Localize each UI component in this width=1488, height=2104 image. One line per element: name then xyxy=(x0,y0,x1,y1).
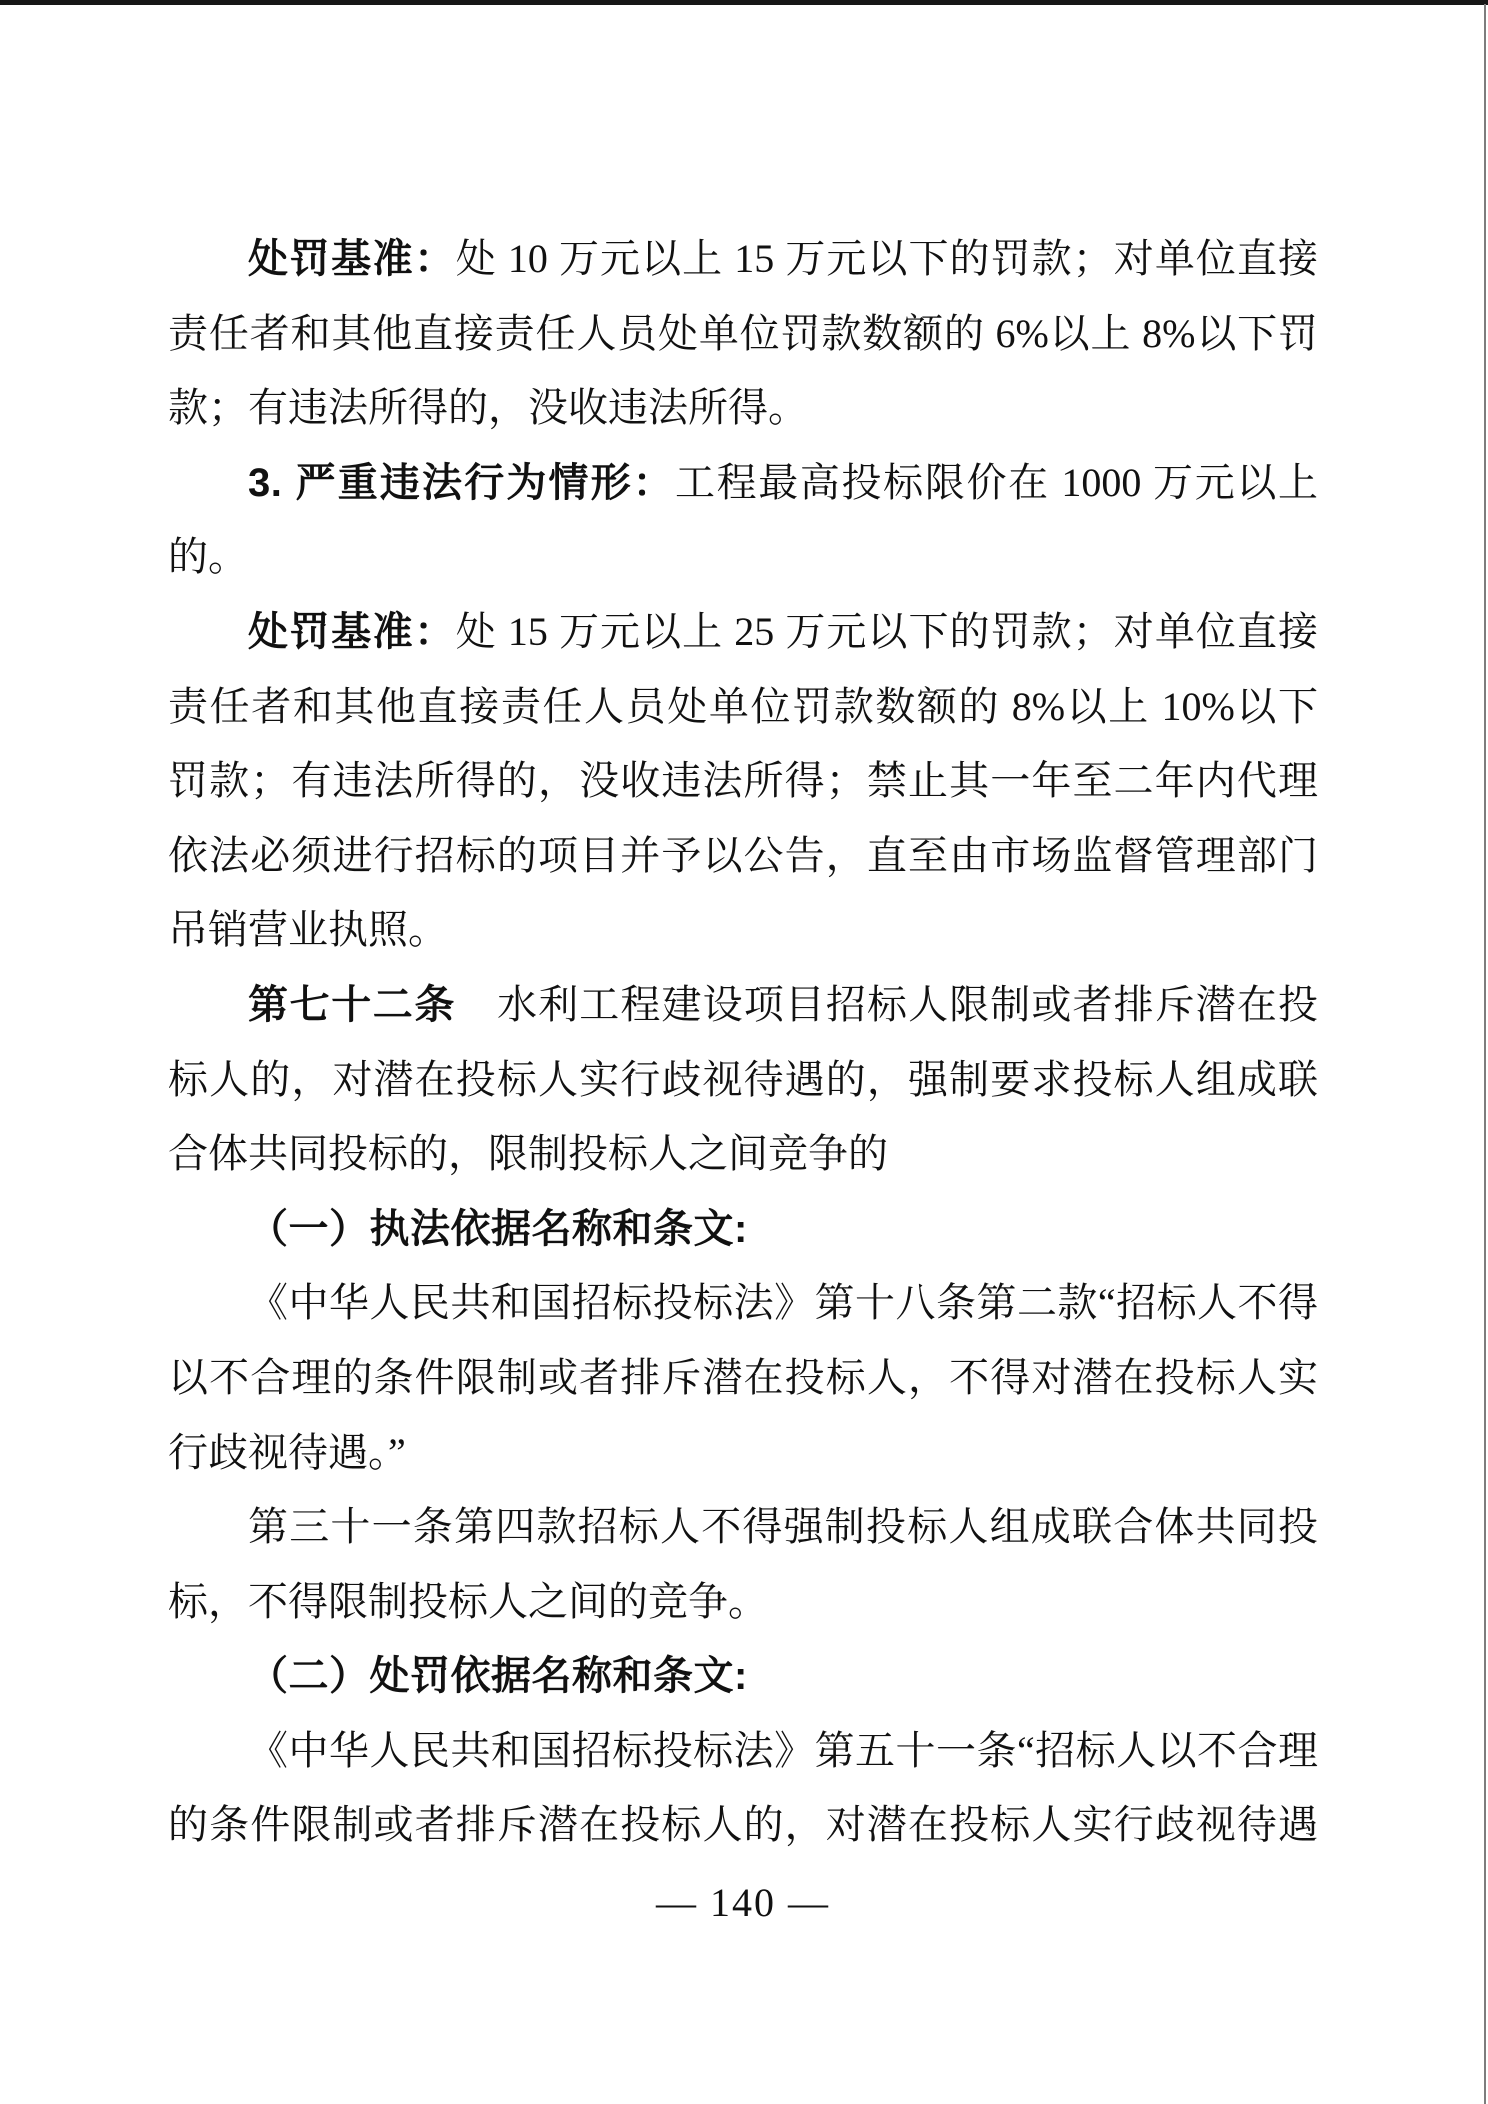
text-line: 行歧视待遇。” xyxy=(168,1416,1318,1491)
page-right-edge xyxy=(1484,4,1486,2104)
page-number: — 140 — xyxy=(168,1880,1318,1926)
text-run: 罚款；有违法所得的，没收违法所得；禁止其一年至二年内代理 xyxy=(168,758,1318,803)
text-run: 工程最高投标限价在 1000 万元以上 xyxy=(675,460,1318,505)
text-run: 的。 xyxy=(168,534,248,579)
text-run: 款；有违法所得的，没收违法所得。 xyxy=(168,385,808,430)
text-run: 《中华人民共和国招标投标法》第五十一条“招标人以不合理 xyxy=(248,1728,1318,1773)
heading-run: 处罚基准： xyxy=(248,237,456,281)
text-run: 合体共同投标的，限制投标人之间竞争的 xyxy=(168,1131,888,1176)
text-line: 《中华人民共和国招标投标法》第十八条第二款“招标人不得 xyxy=(168,1266,1318,1341)
text-run: 水利工程建设项目招标人限制或者排斥潜在投 xyxy=(456,982,1318,1027)
text-run: 处 15 万元以上 25 万元以下的罚款；对单位直接 xyxy=(456,609,1318,654)
text-line: 处罚基准：处 10 万元以上 15 万元以下的罚款；对单位直接 xyxy=(168,222,1318,297)
text-line: 合体共同投标的，限制投标人之间竞争的 xyxy=(168,1117,1318,1192)
text-line: 罚款；有违法所得的，没收违法所得；禁止其一年至二年内代理 xyxy=(168,744,1318,819)
text-line: 标，不得限制投标人之间的竞争。 xyxy=(168,1565,1318,1640)
text-run: 依法必须进行招标的项目并予以公告，直至由市场监督管理部门 xyxy=(168,833,1318,878)
text-line: （一）执法依据名称和条文: xyxy=(168,1192,1318,1267)
text-run: 标，不得限制投标人之间的竞争。 xyxy=(168,1579,768,1624)
text-line: （二）处罚依据名称和条文: xyxy=(168,1639,1318,1714)
text-run: 的条件限制或者排斥潜在投标人的，对潜在投标人实行歧视待遇 xyxy=(168,1802,1318,1847)
text-run: 以不合理的条件限制或者排斥潜在投标人，不得对潜在投标人实 xyxy=(168,1355,1318,1400)
text-line: 标人的，对潜在投标人实行歧视待遇的，强制要求投标人组成联 xyxy=(168,1043,1318,1118)
text-line: 责任者和其他直接责任人员处单位罚款数额的 6%以上 8%以下罚 xyxy=(168,297,1318,372)
text-line: 《中华人民共和国招标投标法》第五十一条“招标人以不合理 xyxy=(168,1714,1318,1789)
text-run: 第三十一条第四款招标人不得强制投标人组成联合体共同投 xyxy=(248,1504,1318,1549)
text-line: 以不合理的条件限制或者排斥潜在投标人，不得对潜在投标人实 xyxy=(168,1341,1318,1416)
heading-run: （一）执法依据名称和条文: xyxy=(248,1207,748,1251)
text-line: 责任者和其他直接责任人员处单位罚款数额的 8%以上 10%以下 xyxy=(168,670,1318,745)
heading-run: （二）处罚依据名称和条文: xyxy=(248,1654,748,1698)
heading-run: 处罚基准： xyxy=(248,610,456,654)
heading-run: 第七十二条 xyxy=(248,983,456,1027)
text-run: 吊销营业执照。 xyxy=(168,907,448,952)
document-page: 处罚基准：处 10 万元以上 15 万元以下的罚款；对单位直接责任者和其他直接责… xyxy=(0,0,1488,2104)
text-line: 的条件限制或者排斥潜在投标人的，对潜在投标人实行歧视待遇 xyxy=(168,1788,1318,1863)
text-line: 第三十一条第四款招标人不得强制投标人组成联合体共同投 xyxy=(168,1490,1318,1565)
text-line: 依法必须进行招标的项目并予以公告，直至由市场监督管理部门 xyxy=(168,819,1318,894)
text-run: 责任者和其他直接责任人员处单位罚款数额的 8%以上 10%以下 xyxy=(168,684,1318,729)
text-line: 第七十二条 水利工程建设项目招标人限制或者排斥潜在投 xyxy=(168,968,1318,1043)
text-run: 《中华人民共和国招标投标法》第十八条第二款“招标人不得 xyxy=(248,1280,1318,1325)
text-line: 3. 严重违法行为情形：工程最高投标限价在 1000 万元以上 xyxy=(168,446,1318,521)
document-body: 处罚基准：处 10 万元以上 15 万元以下的罚款；对单位直接责任者和其他直接责… xyxy=(168,222,1318,1863)
page-top-edge xyxy=(0,0,1488,5)
heading-run: 3. 严重违法行为情形： xyxy=(248,461,675,505)
text-line: 吊销营业执照。 xyxy=(168,893,1318,968)
text-run: 处 10 万元以上 15 万元以下的罚款；对单位直接 xyxy=(456,236,1318,281)
text-run: 责任者和其他直接责任人员处单位罚款数额的 6%以上 8%以下罚 xyxy=(168,311,1318,356)
text-run: 行歧视待遇。” xyxy=(168,1430,406,1475)
text-run: 标人的，对潜在投标人实行歧视待遇的，强制要求投标人组成联 xyxy=(168,1057,1318,1102)
text-line: 的。 xyxy=(168,520,1318,595)
text-line: 款；有违法所得的，没收违法所得。 xyxy=(168,371,1318,446)
text-line: 处罚基准：处 15 万元以上 25 万元以下的罚款；对单位直接 xyxy=(168,595,1318,670)
